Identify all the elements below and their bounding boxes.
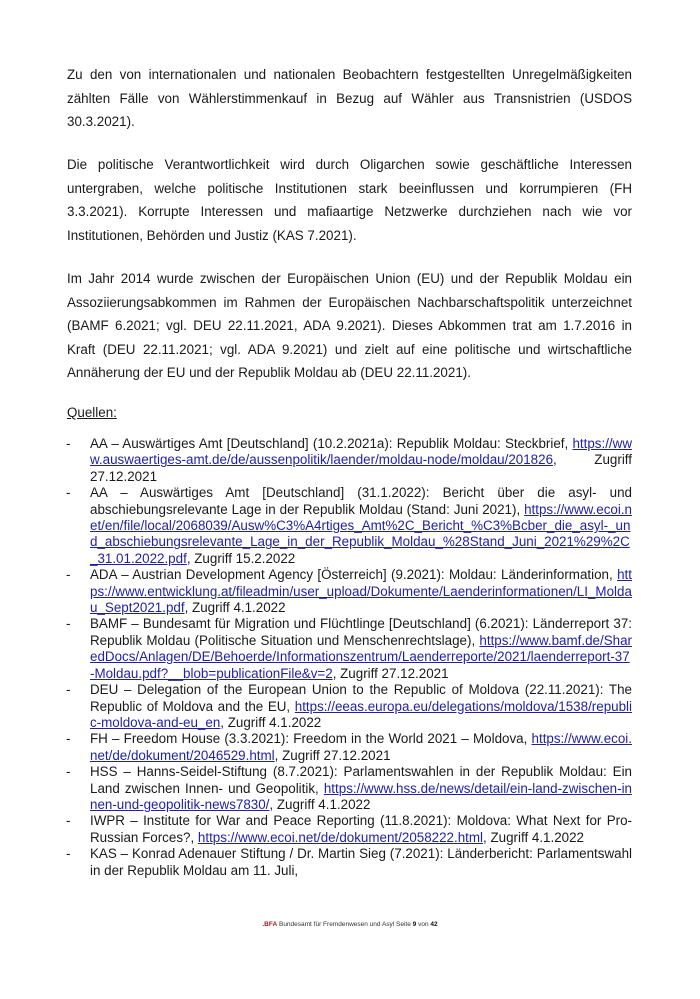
- source-item: - HSS – Hanns-Seidel-Stiftung (8.7.2021)…: [62, 764, 632, 813]
- paragraph-irregularities: Zu den von internationalen und nationale…: [67, 63, 632, 134]
- footer-org: Bundesamt für Fremdenwesen und Asyl Seit…: [277, 921, 413, 928]
- page-total: 42: [430, 921, 437, 928]
- source-access-date: , Zugriff 27.12.2021: [275, 748, 391, 763]
- source-access-date: , Zugriff 4.1.2022: [269, 797, 370, 812]
- bullet-dash: -: [66, 485, 70, 501]
- source-access-date: , Zugriff 4.1.2022: [483, 830, 584, 845]
- source-item: - KAS – Konrad Adenauer Stiftung / Dr. M…: [62, 846, 632, 879]
- bullet-dash: -: [66, 682, 70, 698]
- source-item: - FH – Freedom House (3.3.2021): Freedom…: [62, 731, 632, 764]
- source-text: FH – Freedom House (3.3.2021): Freedom i…: [90, 731, 532, 746]
- bullet-dash: -: [66, 436, 70, 452]
- footer-of: von: [416, 921, 430, 928]
- bfa-logo: .BFA: [262, 921, 277, 928]
- source-item: - IWPR – Institute for War and Peace Rep…: [62, 813, 632, 846]
- page-footer: .BFA Bundesamt für Fremdenwesen und Asyl…: [0, 921, 700, 928]
- source-access-date: , Zugriff 15.2.2022: [187, 551, 295, 566]
- bullet-dash: -: [66, 846, 70, 862]
- bullet-dash: -: [66, 731, 70, 747]
- source-text: AA – Auswärtiges Amt [Deutschland] (10.2…: [90, 436, 572, 451]
- bullet-dash: -: [66, 813, 70, 829]
- bullet-dash: -: [66, 616, 70, 632]
- source-item: - ADA – Austrian Development Agency [Öst…: [62, 567, 632, 616]
- source-item: - BAMF – Bundesamt für Migration und Flü…: [62, 616, 632, 682]
- source-text: KAS – Konrad Adenauer Stiftung / Dr. Mar…: [90, 846, 632, 877]
- sources-list: - AA – Auswärtiges Amt [Deutschland] (10…: [62, 436, 632, 879]
- source-item: - DEU – Delegation of the European Union…: [62, 682, 632, 731]
- bullet-dash: -: [66, 764, 70, 780]
- source-link[interactable]: https://www.ecoi.net/de/dokument/2058222…: [198, 830, 483, 845]
- paragraph-oligarchs: Die politische Verantwortlichkeit wird d…: [67, 153, 632, 247]
- bullet-dash: -: [66, 567, 70, 583]
- source-text: ADA – Austrian Development Agency [Öster…: [90, 567, 617, 582]
- source-access-date: , Zugriff 4.1.2022: [220, 715, 321, 730]
- source-access-date: , Zugriff 27.12.2021: [333, 666, 449, 681]
- source-item: - AA – Auswärtiges Amt [Deutschland] (31…: [62, 485, 632, 567]
- sources-heading: Quellen:: [67, 403, 117, 423]
- source-item: - AA – Auswärtiges Amt [Deutschland] (10…: [62, 436, 632, 485]
- paragraph-association-agreement: Im Jahr 2014 wurde zwischen der Europäis…: [67, 267, 632, 385]
- source-access-date: , Zugriff 4.1.2022: [185, 600, 286, 615]
- document-page: Zu den von internationalen und nationale…: [0, 0, 700, 999]
